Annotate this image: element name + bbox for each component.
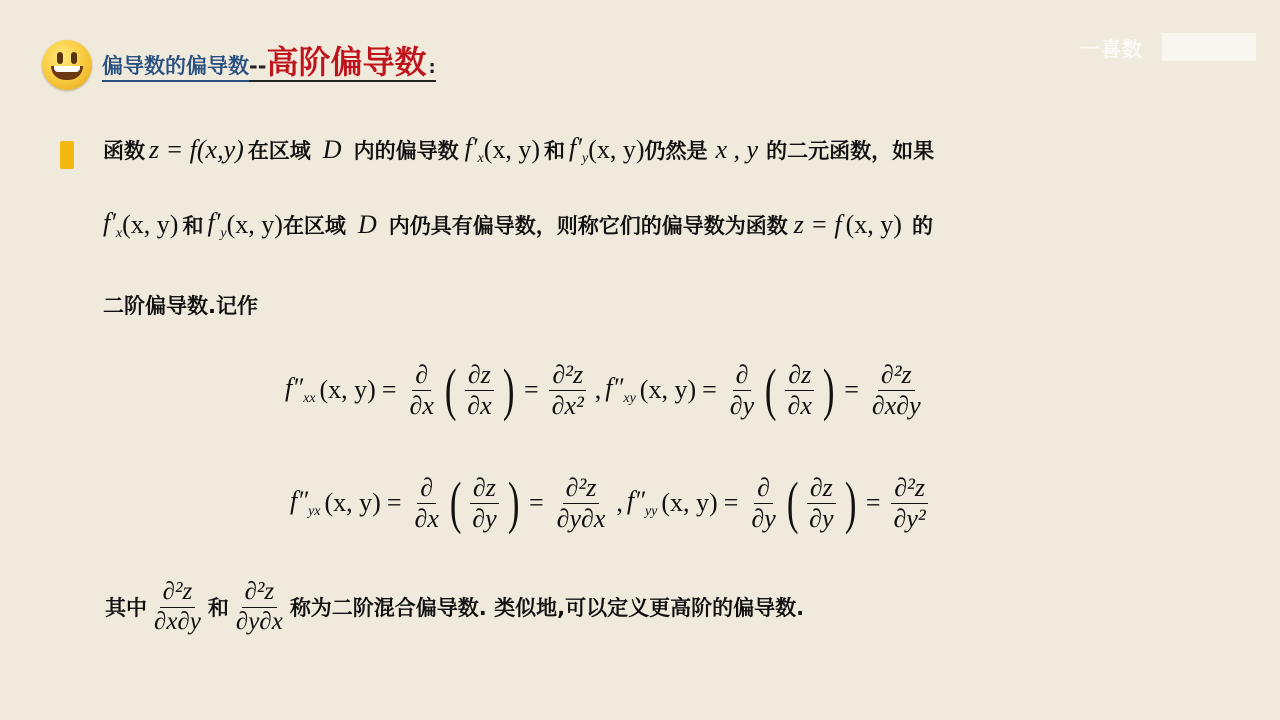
fraction: ∂∂x <box>407 360 437 421</box>
math-fyx: f″yx <box>290 486 321 520</box>
math-function: z = f(x,y) <box>149 135 244 165</box>
math-domain: D <box>323 135 342 165</box>
paragraph-final: 其中 ∂²z∂x∂y 和 ∂²z∂y∂x 称为二阶混合偏导数. 类似地,可以定义… <box>105 578 804 637</box>
math-args: (x, y) <box>320 375 376 405</box>
slide-header: 偏导数的偏导数 -- 高阶偏导数 : <box>42 40 436 90</box>
fraction: ∂z∂x <box>464 360 494 421</box>
math-fx: f′x <box>465 133 484 167</box>
title-dashes: -- <box>249 54 266 78</box>
math-args: (x, y) <box>484 135 540 165</box>
text: 和 <box>544 135 565 165</box>
text: 内仍具有偏导数，则称它们的偏导数为函数 <box>389 210 788 240</box>
watermark-text: 一喜数 <box>1080 33 1143 62</box>
math-args: (x, y) <box>325 488 381 518</box>
fraction-mixed-yx: ∂²z∂y∂x <box>233 578 286 637</box>
text: 在区域 <box>283 210 346 240</box>
smiley-emoji-icon <box>42 40 92 90</box>
fraction: ∂²z∂x∂y <box>869 360 924 421</box>
text: 在区域 <box>248 135 311 165</box>
math-vars: x , y <box>716 135 759 165</box>
math-fy: f′y <box>569 133 588 167</box>
text: 二阶偏导数.记作 <box>103 290 258 320</box>
math-fx: f′x <box>103 208 122 242</box>
math-fy: f′y <box>207 208 226 242</box>
math-args: (x, y) <box>846 210 902 240</box>
title-main: 高阶偏导数 <box>266 46 426 78</box>
paragraph-line-1: 函数 z = f(x,y) 在区域 D 内的偏导数 f′x (x, y) 和 f… <box>103 133 934 167</box>
fraction: ∂z∂x <box>785 360 815 421</box>
watermark-logo <box>1162 33 1256 61</box>
math-function: z = f <box>794 210 842 240</box>
title-subtitle: 偏导数的偏导数 <box>102 50 249 82</box>
equation-row-2: f″yx (x, y) = ∂∂x ( ∂z∂y ) = ∂²z∂y∂x , f… <box>290 473 933 534</box>
text: 内的偏导数 <box>354 135 459 165</box>
text: 的二元函数，如果 <box>766 135 934 165</box>
fraction: ∂²z∂x² <box>549 360 587 421</box>
math-args: (x, y) <box>661 488 717 518</box>
slide-title: 偏导数的偏导数 -- 高阶偏导数 : <box>102 46 436 82</box>
fraction: ∂∂y <box>727 360 757 421</box>
math-args: (x, y) <box>122 210 178 240</box>
fraction: ∂z∂y <box>469 473 499 534</box>
paragraph-line-3: 二阶偏导数.记作 <box>103 290 258 320</box>
math-args: (x, y) <box>640 375 696 405</box>
fraction: ∂∂y <box>748 473 778 534</box>
title-colon: : <box>428 57 435 78</box>
text: 函数 <box>103 135 145 165</box>
text: 仍然是 <box>645 135 708 165</box>
equation-row-1: f″xx (x, y) = ∂∂x ( ∂z∂x ) = ∂²z∂x² , f″… <box>285 360 928 421</box>
fraction: ∂∂x <box>412 473 442 534</box>
math-domain: D <box>358 210 377 240</box>
fraction: ∂²z∂y² <box>891 473 929 534</box>
text: 和 <box>208 592 229 622</box>
fraction: ∂z∂y <box>806 473 836 534</box>
text: 的 <box>912 210 933 240</box>
math-fxx: f″xx <box>285 373 316 407</box>
math-fxy: f″xy <box>605 373 636 407</box>
text: 和 <box>182 210 203 240</box>
text: 称为二阶混合偏导数. 类似地,可以定义更高阶的偏导数. <box>290 592 804 622</box>
text: 其中 <box>105 592 147 622</box>
paragraph-line-2: f′x (x, y) 和 f′y (x, y) 在区域 D 内仍具有偏导数，则称… <box>103 208 933 242</box>
fraction: ∂²z∂y∂x <box>554 473 609 534</box>
bullet-marker <box>60 141 74 169</box>
math-args: (x, y) <box>227 210 283 240</box>
math-args: (x, y) <box>588 135 644 165</box>
fraction-mixed-xy: ∂²z∂x∂y <box>151 578 204 637</box>
math-fyy: f″yy <box>627 486 658 520</box>
